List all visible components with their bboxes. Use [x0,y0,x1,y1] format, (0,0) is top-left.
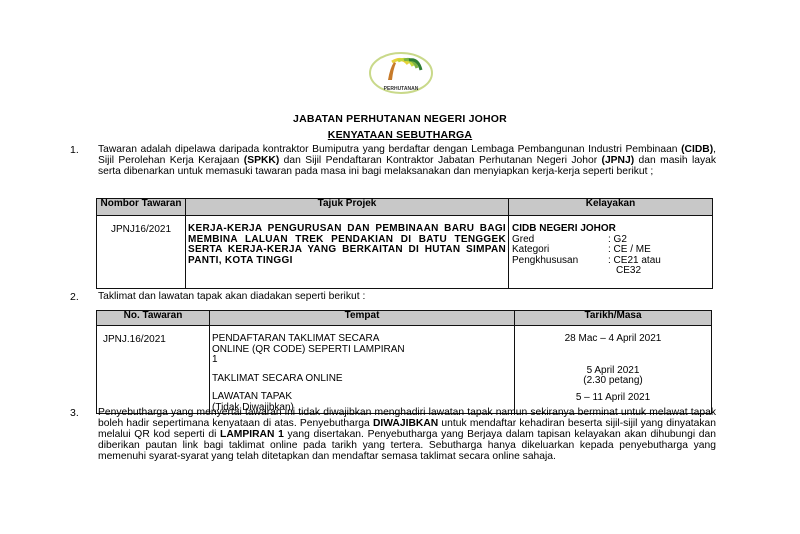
table-row: JPNJ16/2021 KERJA-KERJA PENGURUSAN DAN P… [97,216,713,289]
table-header-row: No. Tawaran Tempat Tarikh/Masa [97,311,712,326]
header-tarikh-masa: Tarikh/Masa [515,311,712,326]
tempat-taklimat: TAKLIMAT SECARA ONLINE [212,374,512,385]
cell-no-tawaran: JPNJ.16/2021 [97,326,210,414]
cell-nombor: JPNJ16/2021 [97,216,186,289]
kelayakan-pengkhususan-cont: CE32 [512,266,710,277]
perhutanan-logo: PERHUTANAN [368,50,434,96]
briefing-table: No. Tawaran Tempat Tarikh/Masa JPNJ.16/2… [96,310,712,414]
tempat-pendaftaran: PENDAFTARAN TAKLIMAT SECARA ONLINE (QR C… [212,334,412,366]
header-tajuk-projek: Tajuk Projek [186,199,509,216]
header-no-tawaran: No. Tawaran [97,311,210,326]
header-kelayakan: Kelayakan [509,199,713,216]
cell-tajuk: KERJA-KERJA PENGURUSAN DAN PEMBINAAN BAR… [186,216,509,289]
section-3-text: Penyebutharga yang menyertai tawaran ini… [98,407,716,462]
table-header-row: Nombor Tawaran Tajuk Projek Kelayakan [97,199,713,216]
masa-taklimat: (2.30 petang) [515,376,711,387]
section-1-number: 1. [70,144,79,156]
tarikh-pendaftaran: 28 Mac – 4 April 2021 [515,334,711,345]
kelayakan-pengkhususan: Pengkhususan: CE21 atau [512,256,710,267]
header-tempat: Tempat [210,311,515,326]
section-2-number: 2. [70,291,79,303]
doc-title: KENYATAAN SEBUTHARGA [0,129,800,141]
kelayakan-kategori: Kategori: CE / ME [512,245,710,256]
cell-tempat: PENDAFTARAN TAKLIMAT SECARA ONLINE (QR C… [210,326,515,414]
tempat-lawatan: LAWATAN TAPAK [212,392,512,403]
project-table: Nombor Tawaran Tajuk Projek Kelayakan JP… [96,198,713,289]
header-nombor-tawaran: Nombor Tawaran [97,199,186,216]
cell-kelayakan: CIDB NEGERI JOHOR Gred: G2 Kategori: CE … [509,216,713,289]
section-2-text: Taklimat dan lawatan tapak akan diadakan… [98,291,698,302]
tarikh-lawatan: 5 – 11 April 2021 [515,393,711,404]
section-1-text: Tawaran adalah dipelawa daripada kontrak… [98,144,716,177]
org-title: JABATAN PERHUTANAN NEGERI JOHOR [0,113,800,125]
kelayakan-title: CIDB NEGERI JOHOR [512,224,710,235]
table-row: JPNJ.16/2021 PENDAFTARAN TAKLIMAT SECARA… [97,326,712,414]
tree-logo-icon: PERHUTANAN [368,50,434,96]
svg-text:PERHUTANAN: PERHUTANAN [384,86,419,92]
section-3-number: 3. [70,407,79,419]
cell-tarikh: 28 Mac – 4 April 2021 5 April 2021 (2.30… [515,326,712,414]
